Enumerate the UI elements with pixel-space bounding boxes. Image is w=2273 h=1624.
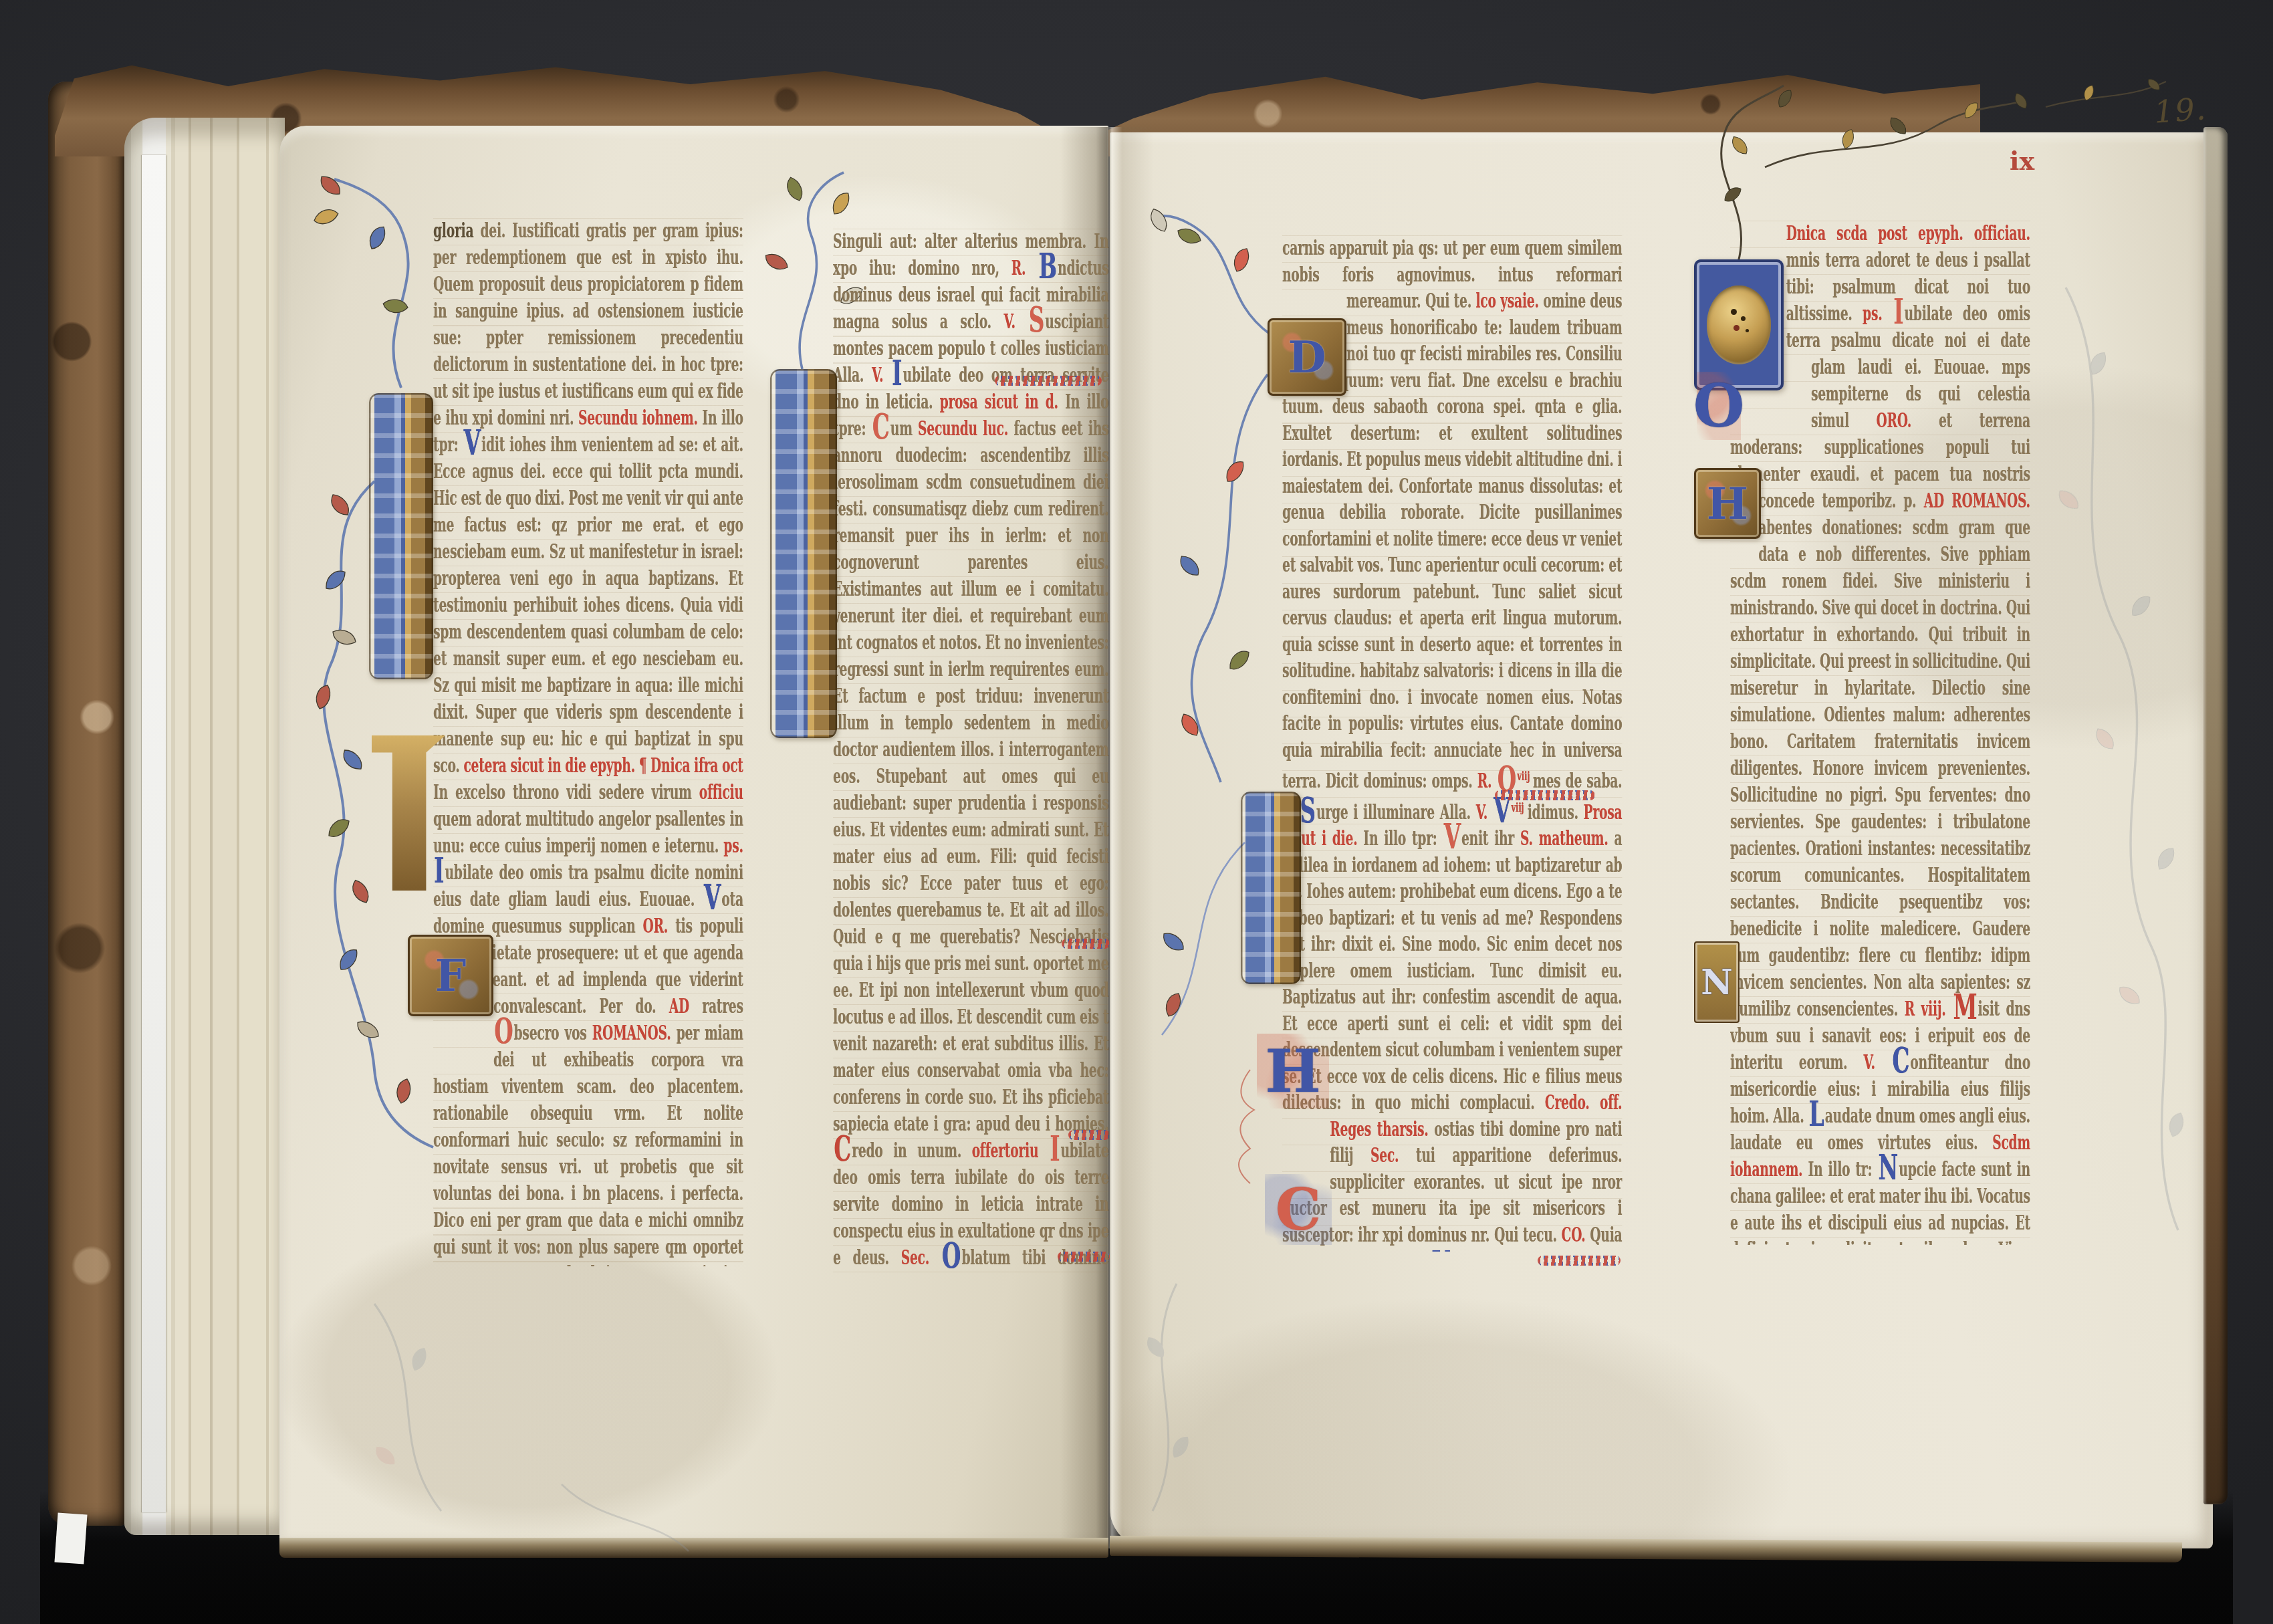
rubric-text: AD ROMANOS. (1924, 489, 2030, 513)
rubric-text: CO. (1562, 1224, 1590, 1247)
rubric-text: cetera sicut in die epyph. ¶ Dnica ifra … (463, 754, 743, 778)
versal-initial: B (1038, 246, 1058, 287)
body-text: a galilea in iordanem ad iohem: ut bapti… (1282, 827, 1622, 1115)
penwork-line-filler (1495, 790, 1595, 800)
body-text: um (890, 417, 918, 441)
body-text: mes de saba. (1533, 770, 1622, 793)
illuminated-initial-o: O (1697, 372, 1741, 440)
rubric-text: V. (1476, 801, 1493, 824)
initial-letter: C (1276, 1176, 1321, 1244)
body-text: ratres (702, 995, 743, 1018)
versal-initial: V (463, 423, 481, 463)
versal-initial: C (872, 407, 890, 447)
page-bottom-edge-left (279, 1538, 1108, 1558)
versal-initial: S (1028, 300, 1046, 340)
body-text: abentes donationes: scdm gram que data e… (1730, 516, 2030, 1021)
versal-initial: C (833, 1129, 852, 1169)
versal-initial: I (433, 850, 445, 891)
rubric-text: OR. (643, 915, 676, 938)
versal-initial: O (941, 1236, 962, 1276)
rubric-text: R viij. (1905, 998, 1953, 1021)
versal-initial: O (493, 1011, 514, 1052)
body-text: gloria (433, 219, 480, 243)
versal-initial: I (891, 353, 903, 394)
initial-letter: H (1265, 1036, 1320, 1106)
rubric-text: ps. (723, 834, 743, 858)
penwork-line-filler (1062, 939, 1110, 949)
body-text: enit ihr (1461, 827, 1520, 850)
penwork-line-filler (1058, 1252, 1110, 1262)
rubric-text: prosa sicut in d. (940, 390, 1066, 414)
versal-initial: M (1952, 987, 1978, 1028)
rubric-text: S. matheum. (1520, 827, 1614, 850)
body-text: viij (1511, 801, 1527, 815)
rubric-text: offertoriu (972, 1139, 1049, 1163)
body-text: quem adorat multitudo angelor psallentes… (433, 808, 743, 858)
manuscript-photo: gloria dei. Iustificati gratis per gram … (0, 0, 2273, 1624)
body-text: In excelso throno vidi sedere virum (433, 781, 699, 804)
quire-mark: ix (2010, 146, 2034, 176)
versal-initial: C (1891, 1040, 1910, 1081)
illuminated-initial-i: I (1241, 792, 1301, 984)
rubric-text: R. (1477, 770, 1497, 793)
body-text: dei. Iustificati gratis per gram ipius: … (433, 219, 743, 430)
rubric-text: AD (669, 995, 703, 1018)
illuminated-initial-n: N (1694, 941, 1740, 1023)
rubric-text: Dnica scda post epyph. officiau. (1786, 222, 2030, 245)
rubric-text: V. (1864, 1051, 1892, 1074)
body-text: factus eet ihs annoru duodecim: ascenden… (833, 417, 1108, 1136)
versal-initial: V (1443, 816, 1461, 857)
rubric-text: Sec. (1370, 1144, 1416, 1167)
initial-letter: D (1288, 331, 1326, 383)
illuminated-initial-d: D (1268, 318, 1346, 396)
illuminated-initial-f: F (408, 935, 493, 1016)
penwork-line-filler (1538, 1256, 1621, 1266)
illuminated-initial-i: I (770, 369, 837, 738)
illuminated-initial-h: H (1257, 1034, 1329, 1109)
folio-number: 19. (2153, 90, 2208, 130)
illuminated-initial-h: H (1694, 468, 1761, 539)
versal-initial: V (1432, 1244, 1451, 1252)
body-text: redo in unum. (852, 1139, 971, 1163)
rubric-text: ROMANOS. (592, 1022, 677, 1045)
versal-initial: I (1893, 292, 1905, 332)
body-text: In illo tr: (1808, 1158, 1878, 1181)
rubric-text: Secundu luc. (918, 417, 1013, 441)
body-text: viij (1517, 770, 1533, 784)
body-text: bsecro vos (514, 1022, 592, 1045)
rubric-text: ORO. (1877, 409, 1939, 433)
penwork-line-filler (1068, 1130, 1110, 1140)
rubric-text: lco ysaie. (1475, 289, 1543, 313)
versal-initial: V (703, 877, 722, 918)
illuminated-initial-i: I (369, 393, 433, 679)
initial-letter: N (1701, 962, 1733, 1003)
versal-initial: S (1299, 790, 1316, 831)
rubric-text: Secundu iohnem. (578, 407, 702, 430)
versal-initial: N (1877, 1147, 1899, 1188)
text-column-left-1: gloria dei. Iustificati gratis per gram … (433, 218, 743, 1266)
rubric-text: V. (1004, 310, 1028, 334)
versal-initial: I (1049, 1129, 1061, 1169)
body-text: idimus. (1528, 801, 1584, 824)
rubric-text: R. (1011, 257, 1038, 280)
rubric-text: officiu (699, 781, 743, 804)
body-text: In illo tpr: (1363, 827, 1443, 850)
body-text: idit iohes ihm venientem ad se: et ait. … (433, 433, 743, 778)
initial-spacer (1786, 354, 1811, 421)
white-bookmark-strip (142, 155, 166, 1512)
initial-letter: O (1707, 285, 1771, 364)
fore-edge-right (2203, 127, 2228, 1504)
rubric-text: Sec. (901, 1246, 941, 1270)
versal-initial: L (1808, 1094, 1825, 1135)
initial-letter: F (435, 949, 467, 1002)
leather-cover-left-edge (48, 82, 127, 1526)
initial-letter: O (1693, 371, 1745, 441)
rubric-text: V. (872, 364, 891, 387)
illuminated-initial-c: C (1265, 1174, 1332, 1245)
rubric-text: ps. (1863, 302, 1893, 326)
body-text: ubilate deo omis tra psalmu dicite nomin… (433, 861, 743, 911)
penwork-line-filler (995, 376, 1102, 386)
paper-slip (54, 1513, 87, 1564)
initial-letter: H (1707, 477, 1748, 530)
